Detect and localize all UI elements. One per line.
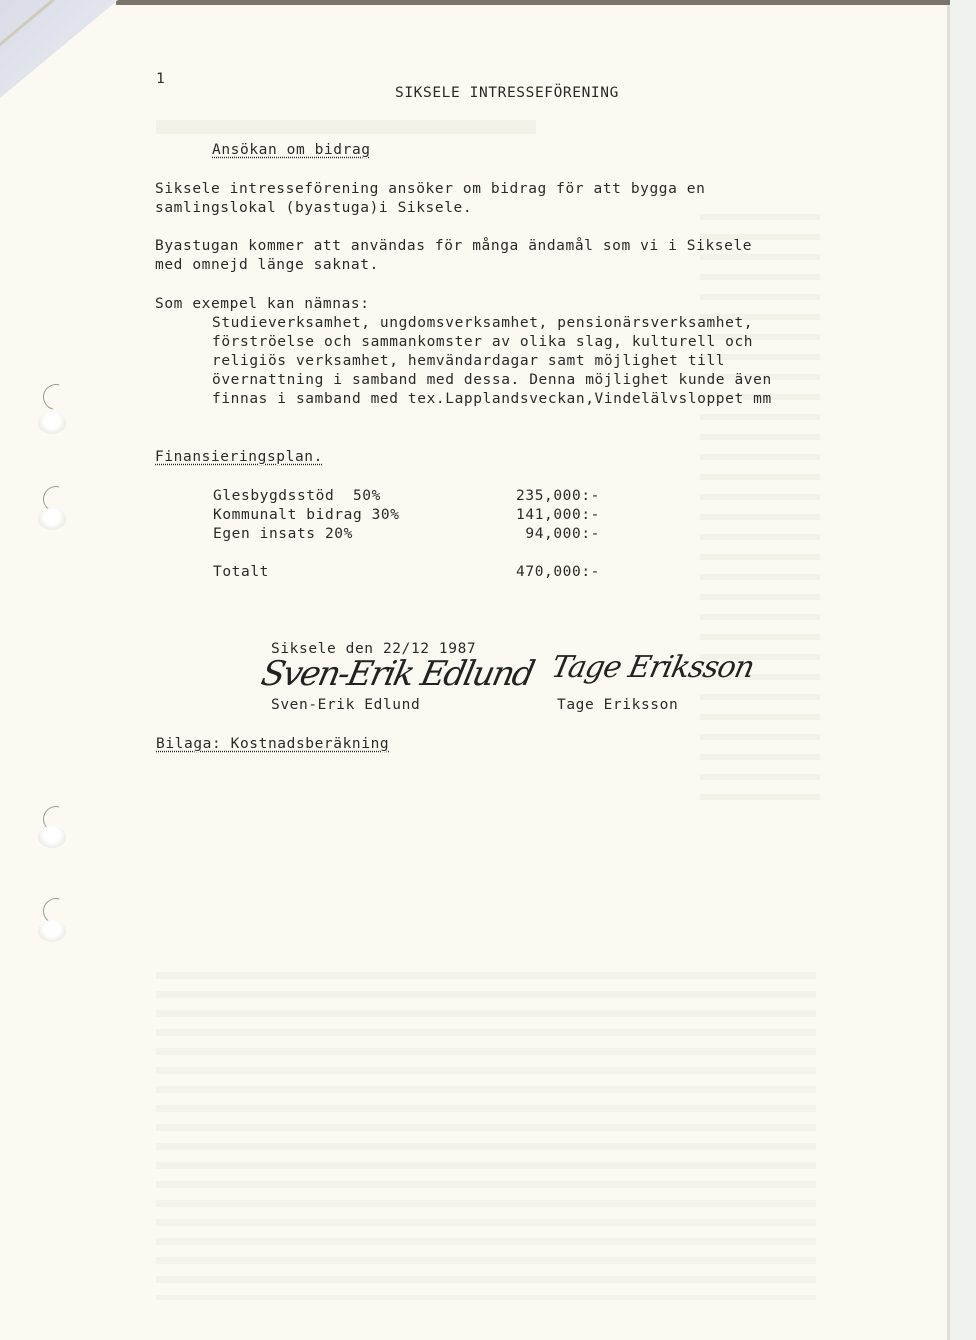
punch-hole	[38, 826, 66, 848]
bleed-through	[700, 200, 820, 800]
paragraph-line: finnas i samband med tex.Lapplandsveckan…	[212, 390, 772, 410]
subject-heading: Ansökan om bidrag	[212, 141, 371, 161]
financing-amount: 141,000:-	[456, 506, 600, 526]
paragraph-line: övernattning i samband med dessa. Denna …	[212, 371, 772, 391]
attachment-reference: Bilaga: Kostnadsberäkning	[156, 735, 389, 755]
paragraph-line: Siksele intresseförening ansöker om bidr…	[155, 180, 705, 200]
punch-hole	[38, 920, 66, 942]
bleed-through	[156, 120, 536, 134]
paragraph-line: Som exempel kan nämnas:	[155, 295, 370, 315]
financing-total-amount: 470,000:-	[456, 563, 600, 583]
organization-title: SIKSELE INTRESSEFÖRENING	[395, 84, 619, 104]
financing-label: Kommunalt bidrag 30%	[213, 506, 400, 526]
paragraph-line: med omnejd länge saknat.	[155, 256, 379, 276]
paragraph-line: religiös verksamhet, hemvändardagar samt…	[212, 352, 725, 372]
paragraph-line: Byastugan kommer att användas för många …	[155, 237, 752, 257]
financing-amount: 94,000:-	[456, 525, 600, 545]
financing-total-label: Totalt	[213, 563, 269, 583]
paragraph-line: samlingslokal (byastuga)i Siksele.	[155, 199, 472, 219]
punch-hole	[38, 412, 66, 434]
signature-sven-erik-edlund: Sven-Erik Edlund	[258, 654, 537, 694]
paragraph-line: förströelse och sammankomster av olika s…	[212, 333, 753, 353]
punch-hole	[38, 508, 66, 530]
financing-heading: Finansieringsplan.	[155, 448, 323, 468]
signatory-name: Sven-Erik Edlund	[271, 696, 420, 716]
financing-amount: 235,000:-	[456, 487, 600, 507]
page-number: 1	[156, 70, 165, 90]
paragraph-line: Studieverksamhet, ungdomsverksamhet, pen…	[212, 314, 753, 334]
background-strip	[950, 0, 976, 1340]
bleed-through	[156, 960, 816, 1300]
signatory-name: Tage Eriksson	[557, 696, 678, 716]
financing-label: Egen insats 20%	[213, 525, 353, 545]
page-top-edge	[116, 0, 950, 5]
signature-tage-eriksson: Tage Eriksson	[548, 650, 757, 685]
financing-label: Glesbygdsstöd 50%	[213, 487, 381, 507]
